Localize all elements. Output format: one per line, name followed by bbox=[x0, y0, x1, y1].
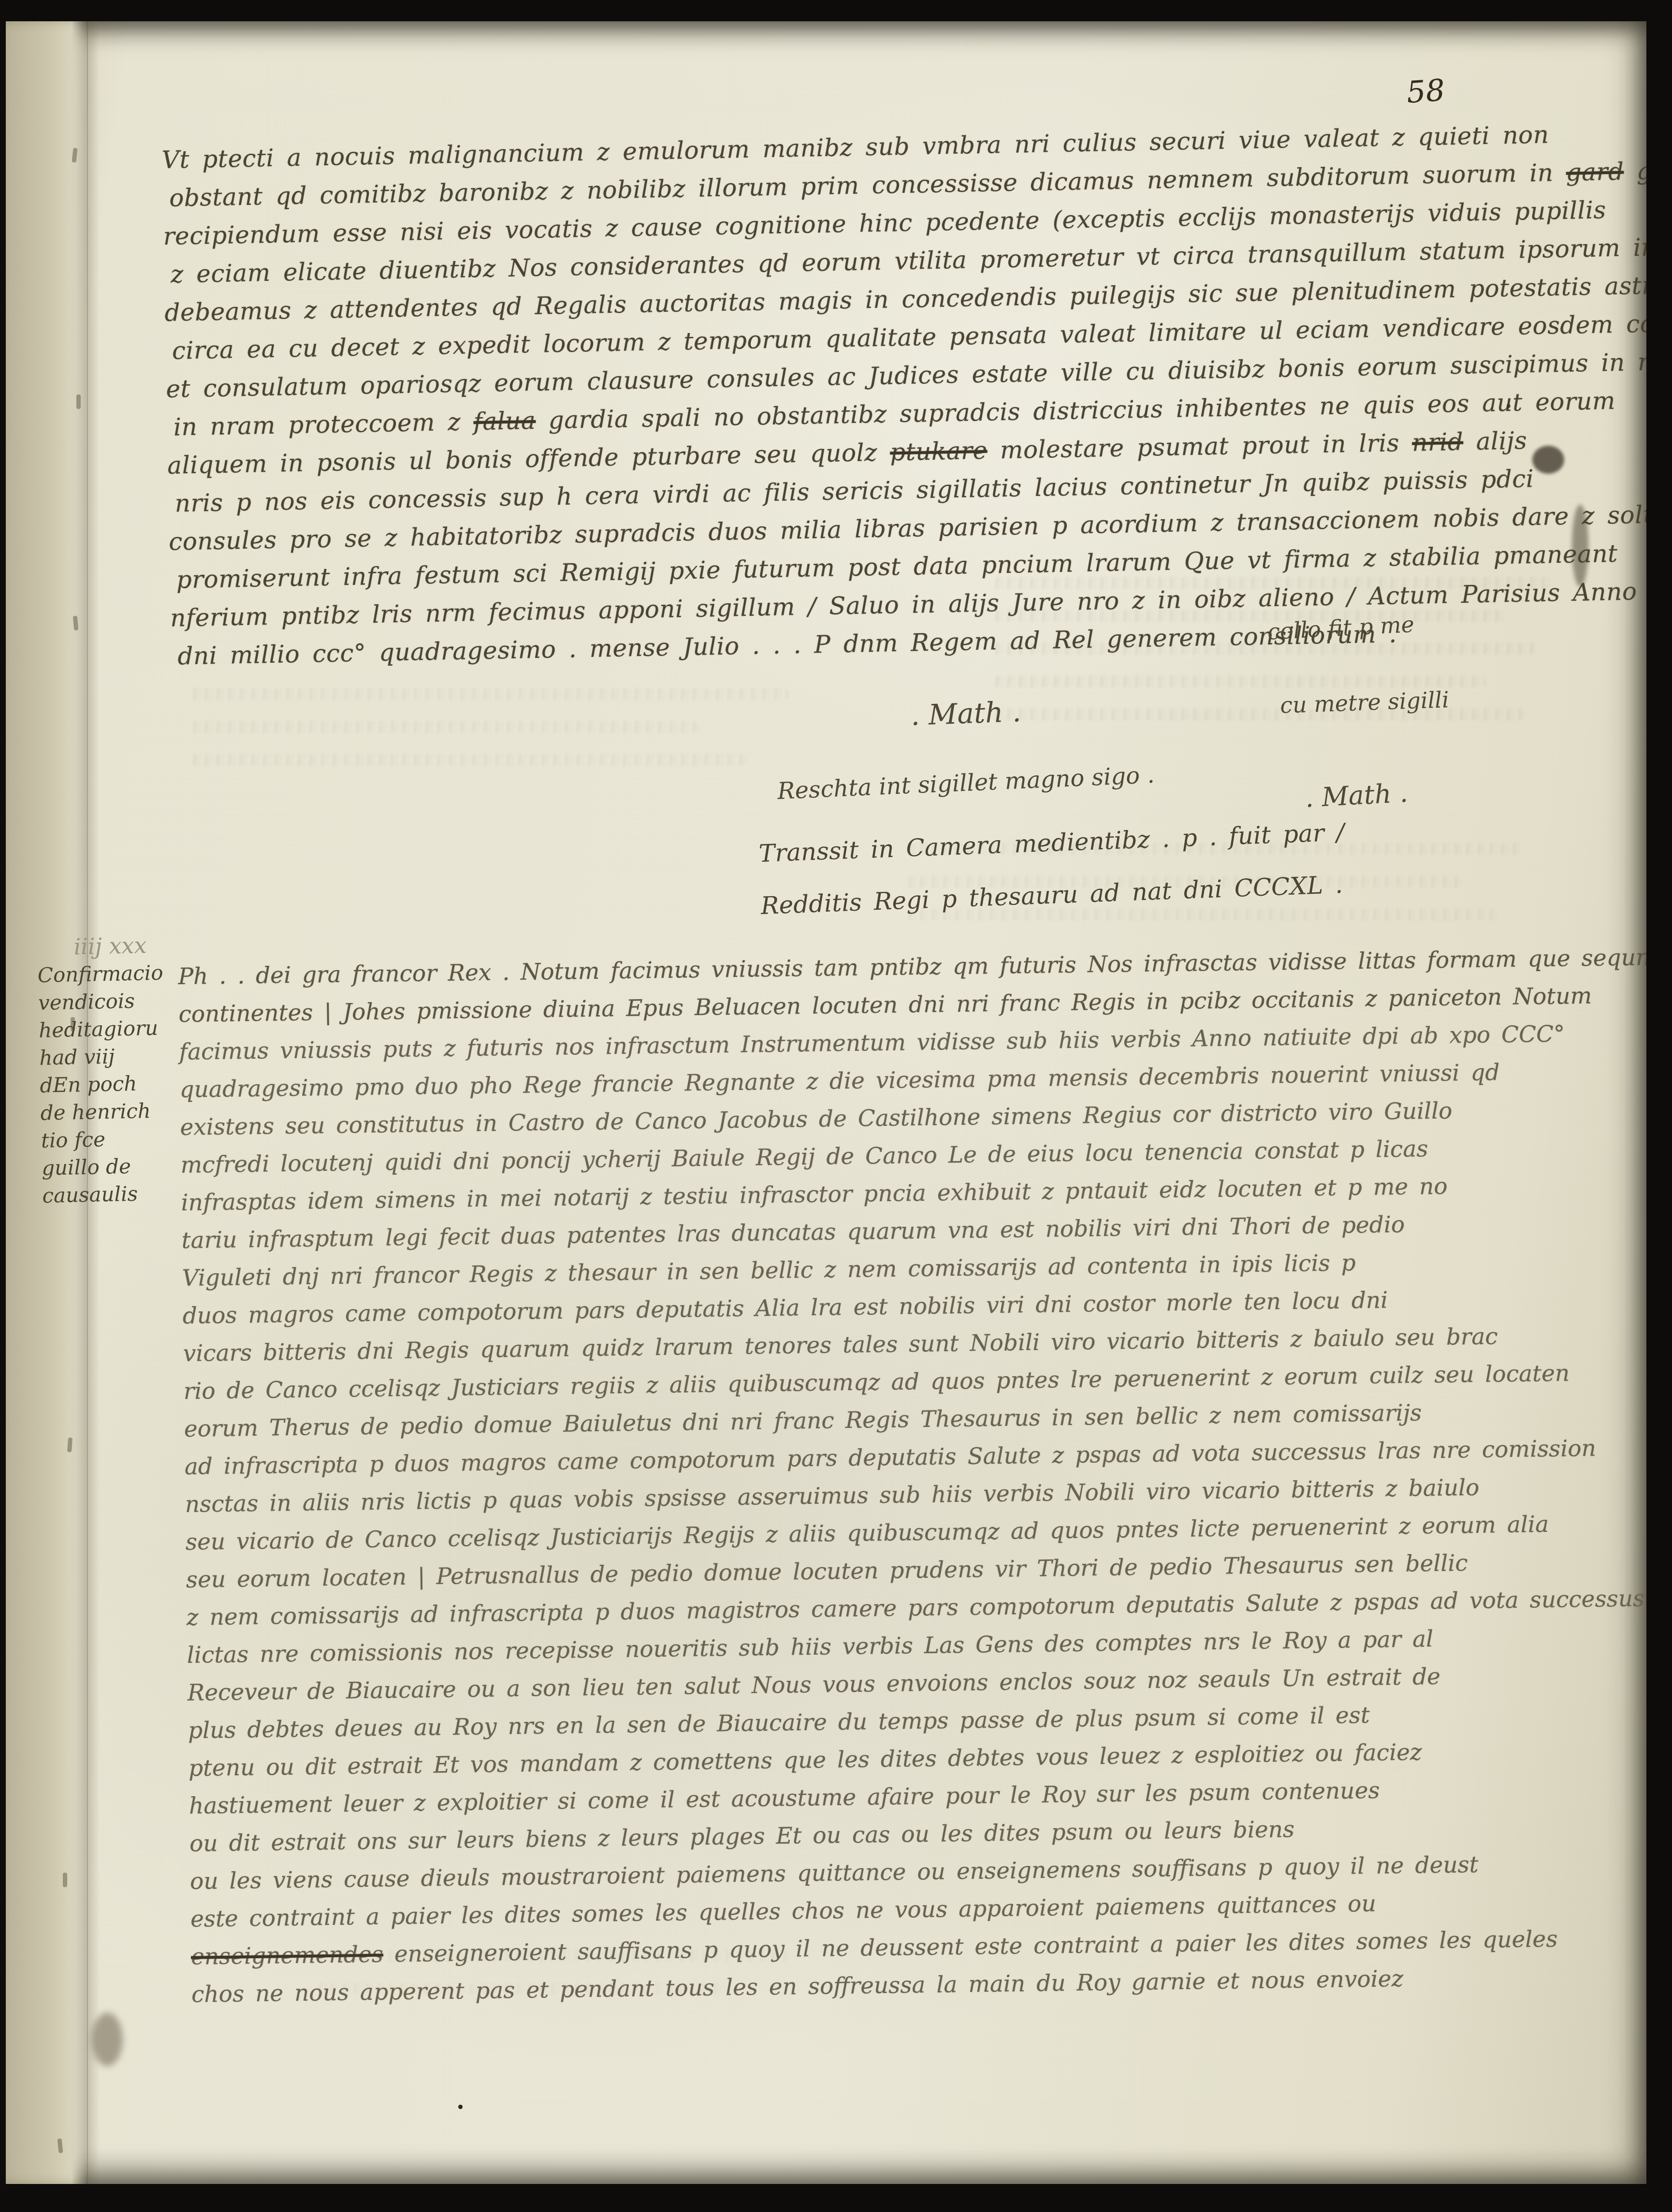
manuscript-line: dEn poch bbox=[40, 1069, 166, 1099]
showthrough-line bbox=[992, 709, 1525, 720]
manuscript-line: iiij xxx bbox=[37, 931, 163, 961]
showthrough-line bbox=[992, 676, 1485, 687]
manuscript-photo: 58 Vt ptecti a nocuis malignancium z emu… bbox=[0, 0, 1672, 2212]
showthrough-line bbox=[905, 876, 1462, 888]
instrument-text-block: Ph . . dei gra francor Rex . Notum facim… bbox=[178, 938, 1646, 2014]
fly-speck bbox=[458, 2105, 463, 2109]
showthrough-line bbox=[992, 610, 1508, 622]
showthrough-line bbox=[189, 721, 699, 733]
showthrough-line bbox=[315, 1983, 723, 1994]
binding-stitch bbox=[76, 394, 81, 409]
showthrough-line bbox=[905, 843, 1524, 855]
parchment-page: 58 Vt ptecti a nocuis malignancium z emu… bbox=[6, 21, 1646, 2184]
showthrough-line bbox=[189, 688, 789, 700]
manuscript-line: had viij bbox=[39, 1042, 165, 1072]
showthrough-line bbox=[905, 909, 1499, 920]
showthrough-line bbox=[992, 643, 1536, 655]
showthrough-line bbox=[315, 1950, 789, 1962]
folio-number: 58 bbox=[1406, 72, 1446, 110]
showthrough-line bbox=[992, 577, 1553, 589]
showthrough-line bbox=[189, 754, 747, 766]
manuscript-line: Confirmacio bbox=[37, 959, 163, 989]
manuscript-line: causaulis bbox=[42, 1179, 168, 1209]
manuscript-line: guillo de bbox=[42, 1151, 168, 1181]
showthrough-patch bbox=[315, 1950, 789, 2016]
showthrough-patch bbox=[905, 843, 1524, 942]
ink-smudge bbox=[1572, 505, 1588, 587]
fly-speck bbox=[1507, 404, 1511, 408]
ink-smudge bbox=[1532, 446, 1564, 474]
manuscript-line: heditagioru bbox=[39, 1014, 165, 1044]
manuscript-line: de henrich bbox=[40, 1096, 166, 1126]
margin-notes: iiij xxxConfirmaciovendicoisheditagioruh… bbox=[37, 931, 168, 1209]
binding-stitch bbox=[63, 1873, 67, 1887]
stain bbox=[92, 2013, 123, 2066]
manuscript-line: tio fce bbox=[41, 1124, 167, 1154]
seal-note: Reschta int sigillet magno sigo . bbox=[777, 761, 1155, 805]
showthrough-patch bbox=[992, 577, 1553, 742]
manuscript-line: vendicois bbox=[38, 987, 164, 1017]
showthrough-patch bbox=[189, 688, 789, 787]
